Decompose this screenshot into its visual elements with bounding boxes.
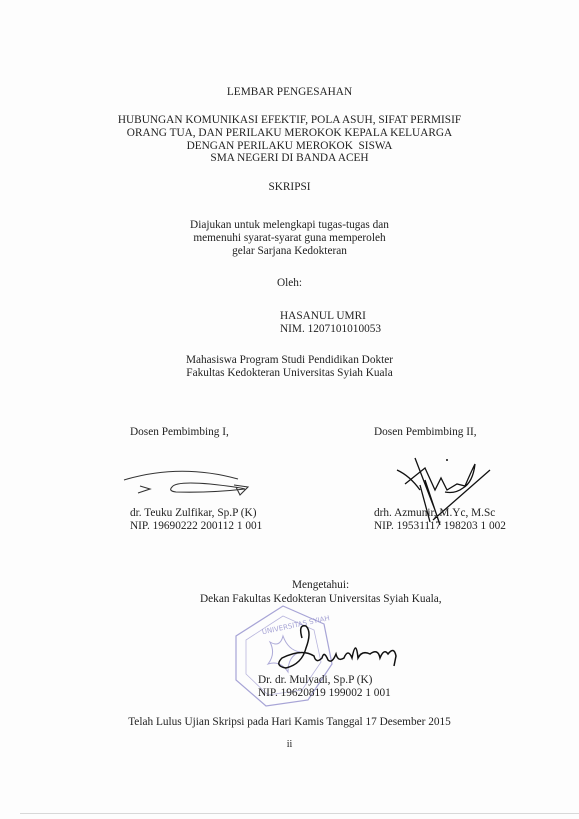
supervisor-1-role: Dosen Pembimbing I, — [130, 426, 229, 439]
approval-nip: NIP. 19620819 199002 1 001 — [258, 687, 391, 700]
dean-signature-icon — [262, 618, 412, 680]
thesis-title-line-2: ORANG TUA, DAN PERILAKU MEROKOK KEPALA K… — [0, 127, 579, 140]
affiliation-line-2: Fakultas Kedokteran Universitas Syiah Ku… — [0, 367, 579, 380]
thesis-title-line-1: HUBUNGAN KOMUNIKASI EFEKTIF, POLA ASUH, … — [0, 114, 579, 127]
approval-name: Dr. dr. Mulyadi, Sp.P (K) — [258, 674, 372, 687]
by-label: Oleh: — [0, 277, 579, 290]
document-type: SKRIPSI — [0, 181, 579, 194]
supervisor-2-name: drh. Azmunir, M.Yc, M.Sc — [374, 507, 495, 520]
exam-statement: Telah Lulus Ujian Skripsi pada Hari Kami… — [0, 716, 579, 729]
thesis-title-line-4: SMA NEGERI DI BANDA ACEH — [0, 152, 579, 165]
page-number: ii — [0, 738, 579, 751]
page-title: LEMBAR PENGESAHAN — [0, 86, 579, 99]
affiliation-line-1: Mahasiswa Program Studi Pendidikan Dokte… — [0, 354, 579, 367]
author-nim: NIM. 1207101010053 — [280, 323, 381, 336]
approval-label: Mengetahui: — [292, 579, 349, 592]
page-edge-divider — [20, 813, 579, 814]
supervisor-2-nip: NIP. 19531117 198203 1 002 — [374, 520, 506, 533]
author-name: HASANUL UMRI — [280, 310, 366, 323]
supervisor-1-nip: NIP. 19690222 200112 1 001 — [130, 520, 262, 533]
purpose-line-2: memenuhi syarat-syarat guna memperoleh — [0, 232, 579, 245]
purpose-line-3: gelar Sarjana Kedokteran — [0, 245, 579, 258]
supervisor-1-name: dr. Teuku Zulfikar, Sp.P (K) — [130, 507, 256, 520]
supervisor-1-signature-icon — [110, 465, 260, 505]
purpose-line-1: Diajukan untuk melengkapi tugas-tugas da… — [0, 219, 579, 232]
supervisor-2-role: Dosen Pembimbing II, — [374, 426, 477, 439]
